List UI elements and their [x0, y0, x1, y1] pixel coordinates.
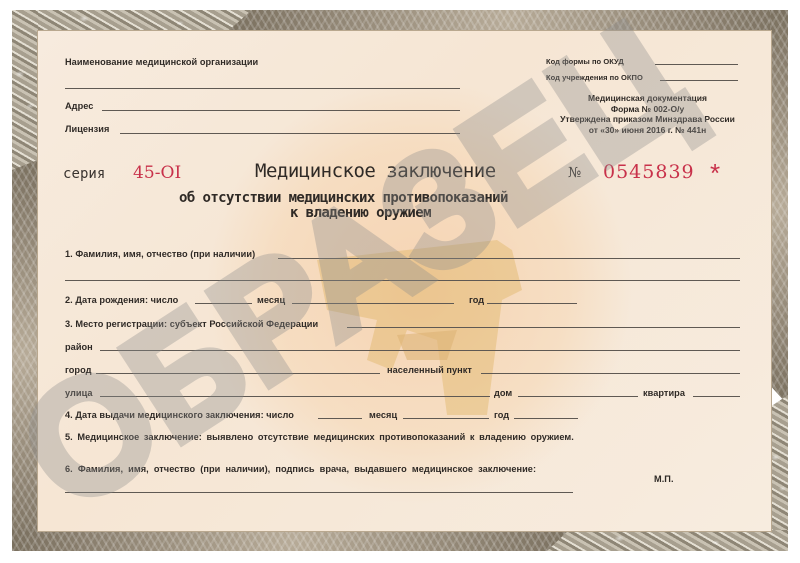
field-2-label: 2. Дата рождения: число — [65, 295, 178, 305]
frame-right-ornament — [770, 395, 788, 551]
stamp-label: М.П. — [654, 474, 674, 484]
address-line[interactable] — [102, 110, 460, 111]
city-line[interactable] — [96, 373, 380, 374]
frame-top-band — [227, 10, 788, 32]
field-1-label: 1. Фамилия, имя, отчество (при наличии) — [65, 249, 255, 259]
license-label: Лицензия — [65, 124, 109, 134]
frame-left-band — [12, 160, 38, 551]
region-line[interactable] — [347, 327, 740, 328]
birth-month-line[interactable] — [292, 303, 454, 304]
issue-month-label: месяц — [369, 410, 397, 420]
frame-bottom-ornament — [547, 530, 788, 551]
okud-label: Код формы по ОКУД — [546, 57, 624, 66]
birth-year-label: год — [469, 295, 484, 305]
birth-day-line[interactable] — [195, 303, 252, 304]
frame-right-band — [770, 10, 788, 405]
form-info-line: Медицинская документация — [530, 93, 765, 104]
issue-month-line[interactable] — [403, 418, 489, 419]
org-name-line[interactable] — [65, 88, 460, 89]
birth-year-line[interactable] — [487, 303, 577, 304]
address-label: Адрес — [65, 101, 93, 111]
doctor-signature-line[interactable] — [65, 492, 573, 493]
license-line[interactable] — [120, 133, 460, 134]
locality-label: населенный пункт — [387, 365, 472, 375]
field-6-label: 6. Фамилия, имя, отчество (при наличии),… — [65, 464, 536, 474]
series-label: серия — [63, 166, 105, 182]
org-name-label: Наименование медицинской организации — [65, 57, 258, 67]
frame-top-left-ornament — [12, 10, 252, 32]
form-info-block: Медицинская документация Форма № 002-О/у… — [530, 93, 765, 135]
field-4-label: 4. Дата выдачи медицинского заключения: … — [65, 410, 294, 420]
locality-line[interactable] — [481, 373, 740, 374]
form-info-line: Утверждена приказом Минздрава России — [530, 114, 765, 125]
okud-line[interactable] — [655, 64, 738, 65]
field-1-line[interactable] — [278, 258, 740, 259]
issue-year-line[interactable] — [514, 418, 578, 419]
district-label: район — [65, 342, 93, 352]
subtitle-line-1: об отсутствии медицинских противопоказан… — [179, 190, 508, 206]
issue-day-line[interactable] — [318, 418, 362, 419]
frame-left-ornament — [12, 10, 38, 170]
house-line[interactable] — [518, 396, 638, 397]
issue-year-label: год — [494, 410, 509, 420]
frame-bottom-band — [12, 530, 572, 551]
subtitle-line-2: к владению оружием — [290, 205, 431, 221]
asterisk-mark: * — [710, 158, 720, 189]
series-value: 45-OI — [133, 163, 181, 183]
pistol-watermark-icon — [297, 220, 567, 420]
form-info-line: Форма № 002-О/у — [530, 104, 765, 115]
form-info-line: от «30» июня 2016 г. № 441н — [530, 125, 765, 136]
city-label: город — [65, 365, 92, 375]
apartment-line[interactable] — [693, 396, 740, 397]
okpo-line[interactable] — [660, 80, 738, 81]
number-label: № — [568, 165, 581, 181]
birth-month-label: месяц — [257, 295, 285, 305]
house-label: дом — [494, 388, 512, 398]
field-5-text: 5. Медицинское заключение: выявлено отсу… — [65, 432, 574, 442]
street-line[interactable] — [100, 396, 490, 397]
apartment-label: квартира — [643, 388, 685, 398]
number-value: 0545839 — [603, 161, 695, 183]
field-1-line-2[interactable] — [65, 280, 740, 281]
okpo-label: Код учреждения по ОКПО — [546, 73, 643, 82]
street-label: улица — [65, 388, 93, 398]
field-3-label: 3. Место регистрации: субъект Российской… — [65, 319, 318, 329]
district-line[interactable] — [100, 350, 740, 351]
document-title: Медицинское заключение — [255, 160, 496, 182]
